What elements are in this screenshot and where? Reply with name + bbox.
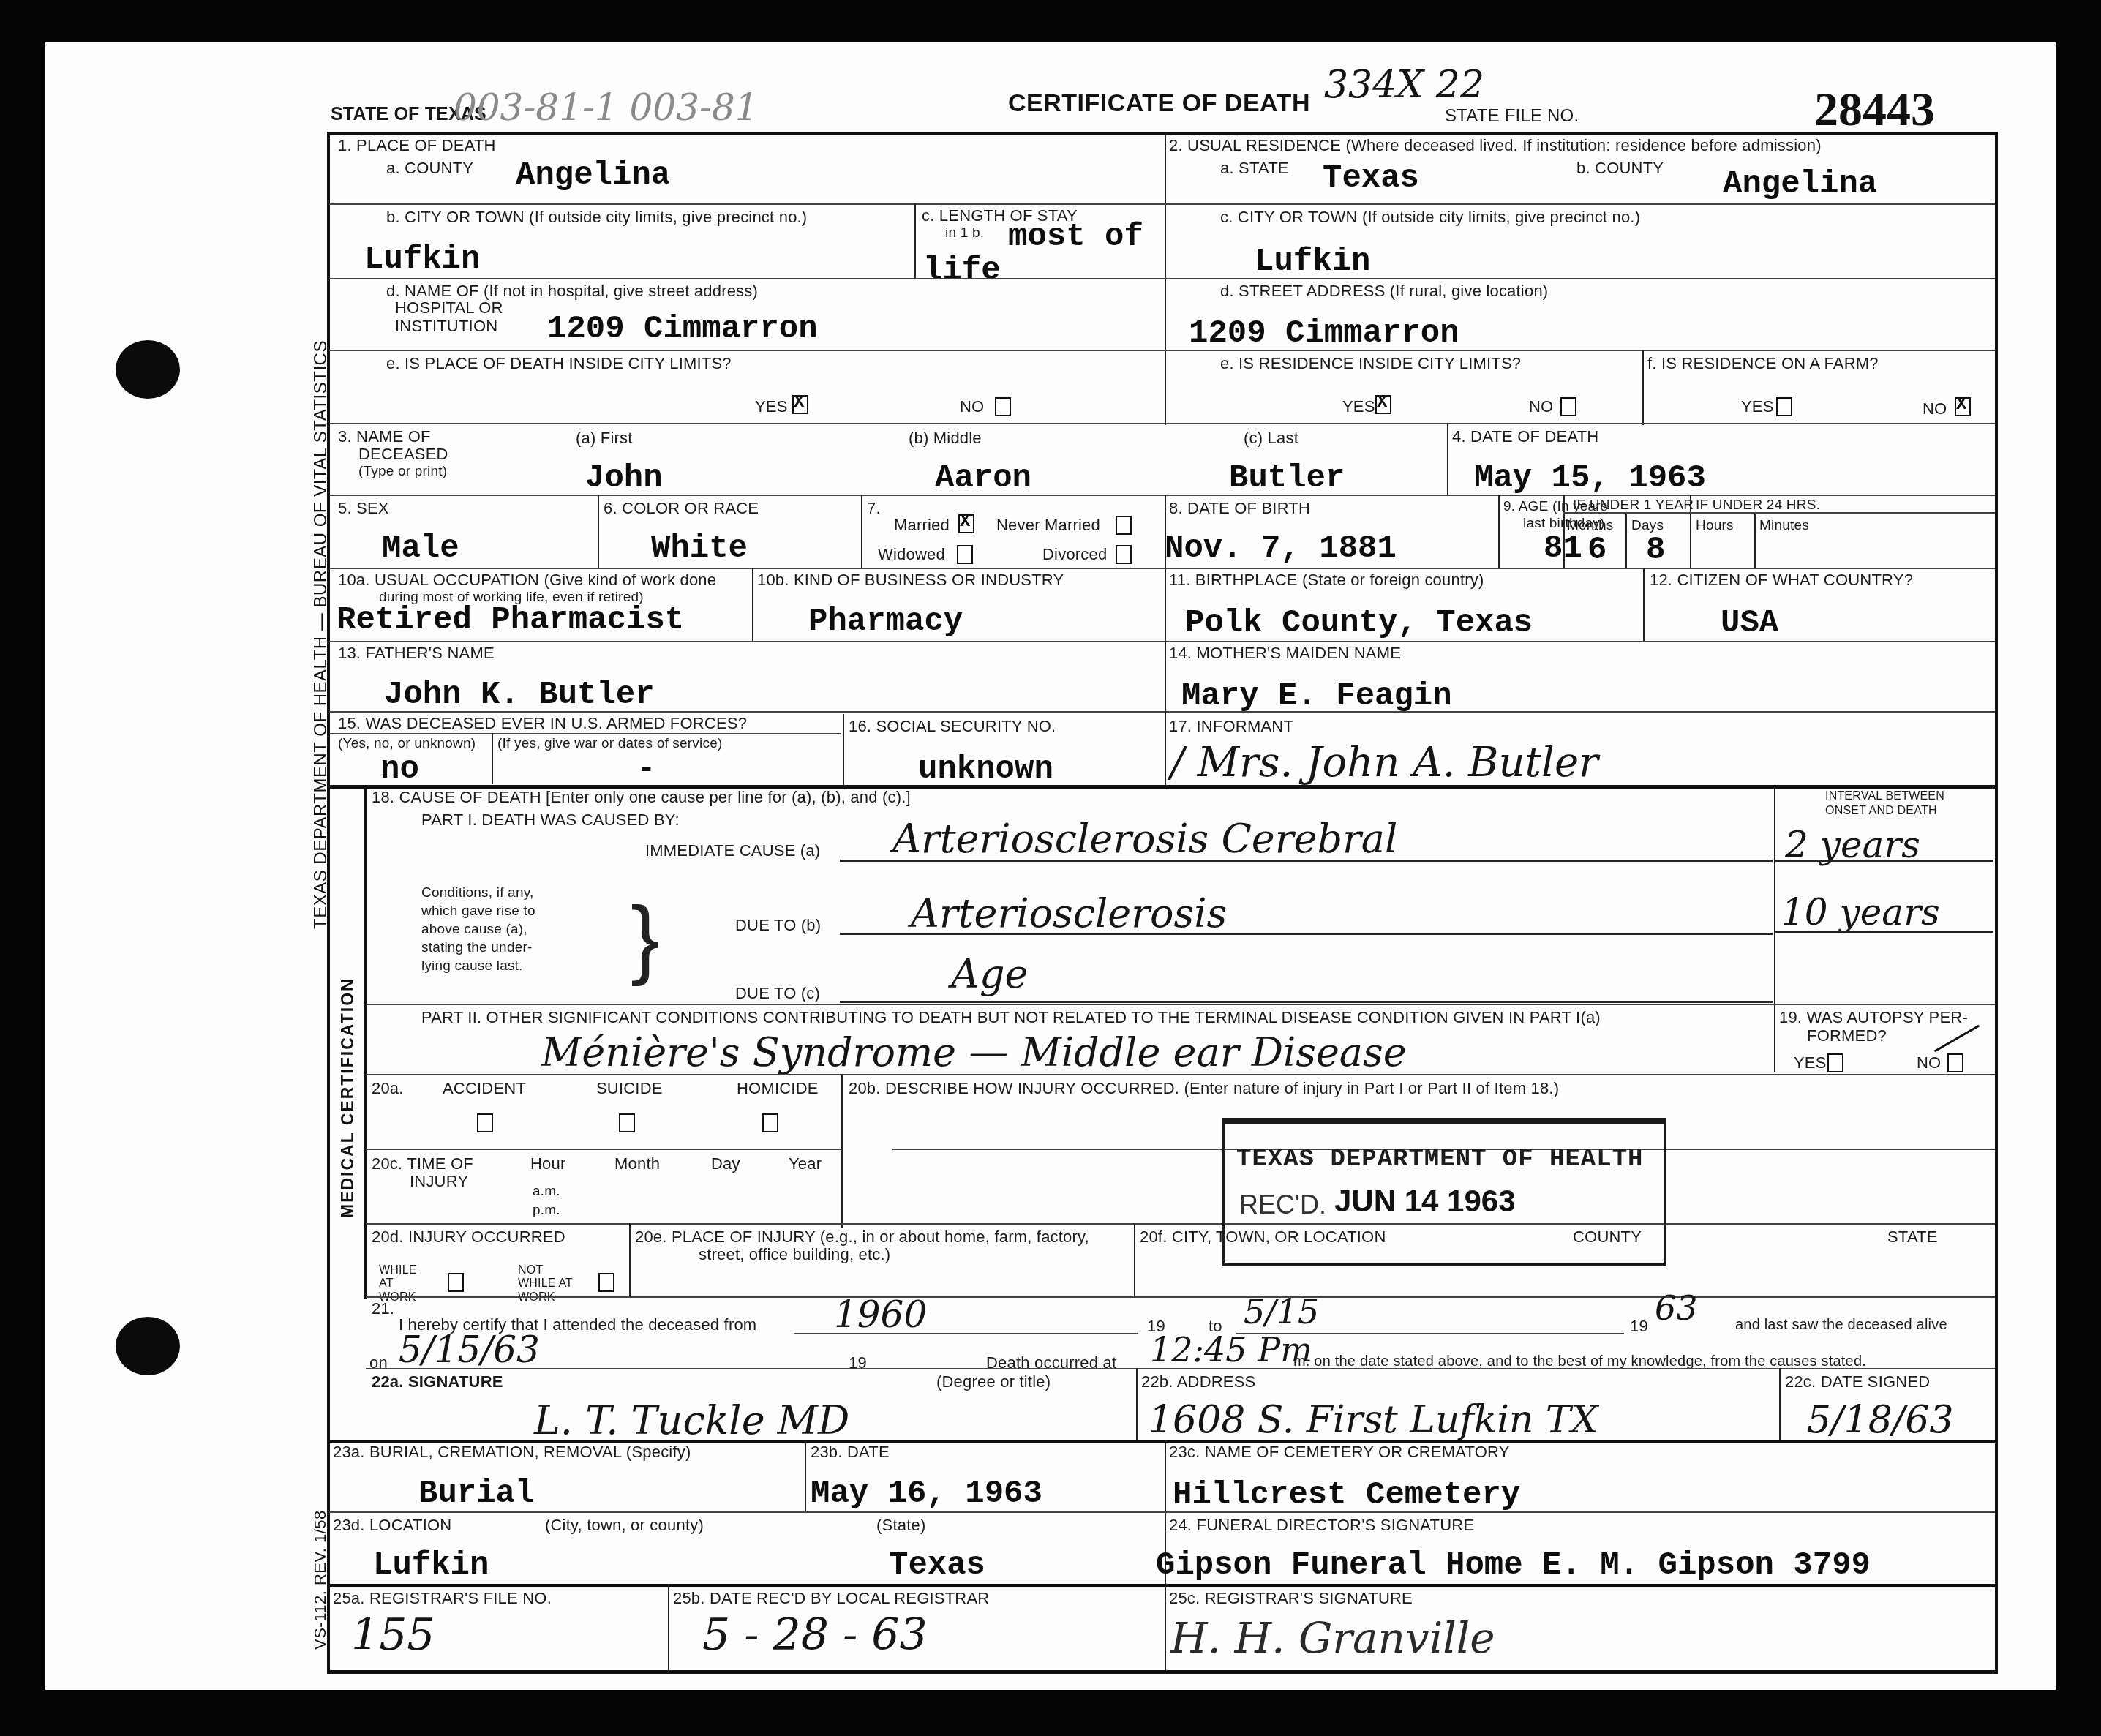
informant-signature: / Mrs. John A. Butler [1170,743,1598,784]
pod-city-value: Lufkin [364,244,480,276]
divider [1690,495,1691,568]
res-county-value: Angelina [1723,168,1877,200]
minutes-label: Minutes [1759,518,1809,534]
citizen-label: 12. CITIZEN OF WHAT COUNTRY? [1650,571,1913,589]
autopsy-yes-label: YES [1794,1053,1827,1072]
attended-to-year: 63 [1655,1291,1698,1325]
res-inside-limits-label: e. IS RESIDENCE INSIDE CITY LIMITS? [1220,354,1521,372]
accident-checkbox[interactable] [477,1113,493,1132]
res-inside-yes-checkbox[interactable] [1375,395,1391,414]
marital-never-checkbox[interactable] [1116,516,1132,535]
divider [752,568,753,641]
autopsy-label-1: 19. WAS AUTOPSY PER- [1779,1008,1968,1026]
conditions-brace: } [631,894,660,982]
row-rule [329,423,1995,424]
citizen-value: USA [1721,607,1778,639]
armed-sub-label-1: (Yes, no, or unknown) [338,736,476,752]
divider [492,733,493,784]
registrar-file-label: 25a. REGISTRAR'S FILE NO. [333,1589,552,1607]
armed-forces-value: no [380,754,419,786]
row-rule [366,1296,1995,1298]
informant-label: 17. INFORMANT [1169,717,1293,735]
res-farm-label: f. IS RESIDENCE ON A FARM? [1647,354,1879,372]
divider [668,1584,669,1670]
funeral-director-label: 24. FUNERAL DIRECTOR'S SIGNATURE [1169,1516,1474,1534]
row-rule [366,1223,1995,1225]
divider [1165,568,1166,641]
divider [1779,1368,1781,1441]
autopsy-no-checkbox[interactable] [1947,1053,1963,1072]
divider [1642,350,1644,425]
row-rule [366,1004,1995,1005]
margin-medical-certification: MEDICAL CERTIFICATION [338,977,358,1218]
name-label-2: DECEASED [358,445,448,463]
divider [629,1223,631,1296]
res-street-label: d. STREET ADDRESS (If rural, give locati… [1220,282,1548,300]
signature-label: 22a. SIGNATURE [372,1372,503,1391]
divider [1754,512,1756,568]
cert-item-label: 21. [372,1299,394,1318]
divider [1625,512,1627,568]
time-of-injury-label-1: 20c. TIME OF [372,1154,473,1173]
res-inside-no-label: NO [1529,397,1553,416]
length-of-stay-value-1: most of [1008,221,1143,253]
not-at-work-label: NOT WHILE AT WORK [518,1264,578,1304]
place-of-injury-label-2: street, office building, etc.) [699,1245,890,1263]
pod-inside-no-label: NO [960,397,984,416]
father-label: 13. FATHER'S NAME [338,644,495,662]
days-value: 8 [1646,534,1665,566]
disposition-date-value: May 16, 1963 [811,1478,1042,1510]
res-inside-yes-label: YES [1342,397,1375,416]
state-file-number: 28443 [1814,82,1935,138]
cause-of-death-label: 18. CAUSE OF DEATH [Enter only one cause… [372,788,911,806]
sub-rule [1563,512,1995,514]
due-to-b-value: Arteriosclerosis [911,894,1227,933]
last-seen-value: 5/15/63 [399,1331,540,1368]
injury-state-label: STATE [1887,1228,1938,1246]
marital-married-label: Married [894,516,950,534]
place-of-injury-label-1: 20e. PLACE OF INJURY (e.g., in or about … [635,1228,1089,1246]
pod-inside-yes-label: YES [755,397,788,416]
res-county-label: b. COUNTY [1576,159,1664,177]
row-rule [366,1149,841,1150]
autopsy-yes-checkbox[interactable] [1827,1053,1843,1072]
cause-a-rule [840,860,1773,862]
year-label: Year [789,1154,822,1173]
part2-value: Ménière's Syndrome — Middle ear Disease [541,1033,1407,1072]
divider [841,1074,843,1228]
attended-from-value: 1960 [834,1296,927,1333]
suicide-label: SUICIDE [596,1079,663,1097]
cert-text-2: and last saw the deceased alive [1735,1317,1947,1334]
date-signed-value: 5/18/63 [1807,1401,1953,1439]
race-label: 6. COLOR OR RACE [604,499,759,517]
birthplace-label: 11. BIRTHPLACE (State or foreign country… [1169,571,1484,589]
res-farm-no-label: NO [1923,399,1947,418]
physician-address-value: 1608 S. First Lufkin TX [1149,1401,1598,1439]
section-rule [329,1584,1995,1587]
divider [1498,495,1500,568]
last-name-label: (c) Last [1244,429,1298,447]
pod-inside-yes-checkbox[interactable] [792,395,808,414]
time-of-injury-label-2: INJURY [410,1172,468,1190]
length-of-stay-sub: in 1 b. [945,225,984,241]
last-name-value: Butler [1229,462,1345,495]
armed-sub-label-2: (If yes, give war or dates of service) [497,736,722,752]
pod-inside-no-checkbox[interactable] [995,397,1011,416]
registrar-date-value: 5 - 28 - 63 [702,1613,928,1657]
under-year-label: IF UNDER 1 YEAR [1573,497,1694,514]
document-title: CERTIFICATE OF DEATH [1008,89,1310,118]
res-city-value: Lufkin [1255,246,1370,278]
row-rule [329,568,1995,569]
under-day-label: IF UNDER 24 HRS. [1696,497,1820,514]
location-state-value: Texas [889,1549,985,1582]
while-at-work-checkbox[interactable] [448,1273,464,1292]
name-label-1: 3. NAME OF [338,427,431,446]
month-label: Month [614,1154,660,1173]
received-stamp: TEXAS DEPARTMENT OF HEALTH REC'D. JUN 14… [1222,1118,1666,1266]
divider [914,203,916,278]
due-to-c-label: DUE TO (c) [735,984,820,1002]
location-city-label: (City, town, or county) [545,1516,704,1534]
due-to-c-value: Age [951,955,1029,994]
day-label: Day [711,1154,740,1173]
interval-b-rule [1774,931,1993,933]
hospital-label-2: HOSPITAL OR [395,298,503,317]
divider [1136,1368,1138,1441]
am-label: a.m. [533,1184,560,1200]
injury-type-label: 20a. [372,1079,404,1097]
autopsy-no-label: NO [1917,1053,1941,1072]
cause-b-rule [840,933,1773,935]
dob-value: Nov. 7, 1881 [1165,533,1397,565]
occupation-label-1: 10a. USUAL OCCUPATION (Give kind of work… [338,571,716,589]
divider [1134,1223,1135,1296]
row-rule [329,495,1995,496]
registrar-signature-label: 25c. REGISTRAR'S SIGNATURE [1169,1589,1413,1607]
industry-label: 10b. KIND OF BUSINESS OR INDUSTRY [757,571,1064,589]
state-file-no-label: STATE FILE NO. [1445,106,1579,127]
conditions-note-2: which gave rise to [421,903,535,920]
hospital-label-3: INSTITUTION [395,317,497,335]
hour-label: Hour [530,1154,566,1173]
res-state-value: Texas [1323,162,1419,195]
conditions-note-4: stating the under- [421,940,532,956]
autopsy-label-2: FORMED? [1807,1026,1887,1045]
conditions-note-3: above cause (a), [421,922,527,938]
pod-city-label: b. CITY OR TOWN (If outside city limits,… [386,208,807,226]
cemetery-label: 23c. NAME OF CEMETERY OR CREMATORY [1169,1443,1510,1461]
divider [1563,495,1565,568]
pod-county-value: Angelina [516,159,670,192]
mother-label: 14. MOTHER'S MAIDEN NAME [1169,644,1401,662]
res-farm-yes-checkbox[interactable] [1776,397,1792,416]
funeral-director-value: Gipson Funeral Home E. M. Gipson 3799 [1156,1549,1871,1582]
middle-name-value: Aaron [935,462,1031,495]
cause-c-rule [840,1001,1773,1003]
hours-label: Hours [1696,518,1734,534]
divider [1165,641,1166,714]
res-farm-yes-label: YES [1741,397,1774,416]
conditions-note-1: Conditions, if any, [421,885,533,901]
res-inside-no-checkbox[interactable] [1560,397,1576,416]
first-name-label: (a) First [576,429,633,447]
medical-left-border [364,786,367,1299]
immediate-cause-label: IMMEDIATE CAUSE (a) [645,841,820,860]
handwritten-codes: 003-81-1 003-81 [454,89,759,126]
row-rule [329,1511,1995,1513]
sex-value: Male [382,533,459,565]
physician-address-label: 22b. ADDRESS [1141,1372,1255,1391]
interval-b-value: 10 years [1781,894,1940,931]
length-of-stay-value-2: life [923,255,1001,287]
pm-label: p.m. [533,1203,560,1219]
disposition-date-label: 23b. DATE [811,1443,890,1461]
row-rule [329,641,1995,642]
res-city-label: c. CITY OR TOWN (If outside city limits,… [1220,208,1640,226]
stamp-line-1: TEXAS DEPARTMENT OF HEALTH [1236,1146,1644,1173]
res-farm-no-checkbox[interactable] [1955,397,1971,416]
date-of-death-label: 4. DATE OF DEATH [1452,427,1598,446]
marital-label: 7. [867,499,881,517]
marital-divorced-label: Divorced [1042,545,1107,563]
registrar-signature: H. H. Granville [1170,1617,1495,1659]
not-at-work-checkbox[interactable] [598,1273,614,1292]
punch-hole-bottom [116,1317,180,1375]
physician-signature: L. T. Tuckle MD [534,1401,849,1440]
divider [1165,711,1166,787]
divider [1643,568,1645,641]
first-name-value: John [585,462,663,495]
injury-occurred-label: 20d. INJURY OCCURRED [372,1228,565,1246]
row-rule [366,1074,1995,1075]
row-rule [329,203,1995,205]
registrar-date-label: 25b. DATE REC'D BY LOCAL REGISTRAR [673,1589,989,1607]
father-value: John K. Butler [384,679,655,711]
interval-label-1: INTERVAL BETWEEN [1825,790,1944,803]
armed-service-value: - [636,754,655,786]
divider [1447,423,1448,496]
dob-label: 8. DATE OF BIRTH [1169,499,1310,517]
describe-injury-label: 20b. DESCRIBE HOW INJURY OCCURRED. (Ente… [849,1079,1559,1097]
row-rule [329,711,1995,713]
part2-label: PART II. OTHER SIGNIFICANT CONDITIONS CO… [421,1008,1601,1026]
months-value: 6 [1587,534,1606,566]
conditions-note-5: lying cause last. [421,958,523,974]
hospital-value: 1209 Cimmarron [547,313,818,345]
interval-label-2: ONSET AND DEATH [1825,805,1937,818]
divider [805,1440,806,1512]
due-to-b-label: DUE TO (b) [735,916,821,934]
stamp-line-2-prefix: REC'D. [1239,1190,1326,1220]
nineteen-label-2: 19 [1630,1317,1648,1335]
handwritten-file-code: 334X 22 [1324,66,1484,104]
interval-a-value: 2 years [1785,827,1920,863]
sub-rule [329,733,841,734]
row-rule [329,278,1995,279]
pod-inside-limits-label: e. IS PLACE OF DEATH INSIDE CITY LIMITS? [386,354,732,372]
industry-value: Pharmacy [808,606,963,638]
mother-value: Mary E. Feagin [1181,680,1452,713]
location-label: 23d. LOCATION [333,1516,451,1534]
part1-label: PART I. DEATH WAS CAUSED BY: [421,811,680,829]
right-border [1995,132,1998,1672]
degree-label: (Degree or title) [936,1372,1050,1391]
location-city-value: Lufkin [373,1549,489,1582]
location-state-label: (State) [876,1516,925,1534]
pod-county-label: a. COUNTY [386,159,473,177]
divider [598,495,599,568]
race-value: White [651,533,748,565]
bottom-rule [327,1670,1998,1674]
res-street-value: 1209 Cimmarron [1189,317,1459,350]
punch-hole-top [116,340,180,399]
date-signed-label: 22c. DATE SIGNED [1785,1372,1930,1391]
birthplace-value: Polk County, Texas [1185,607,1533,639]
accident-label: ACCIDENT [443,1079,526,1097]
cemetery-value: Hillcrest Cemetery [1173,1479,1520,1511]
sex-label: 5. SEX [338,499,389,517]
disposition-method-value: Burial [418,1478,534,1510]
disposition-method-label: 23a. BURIAL, CREMATION, REMOVAL (Specify… [333,1443,691,1461]
place-of-death-label: 1. PLACE OF DEATH [338,136,496,154]
immediate-cause-value: Arteriosclerosis Cerebral [892,819,1397,859]
top-rule [327,132,1997,135]
middle-name-label: (b) Middle [909,429,982,447]
while-at-work-label: WHILE AT WORK [379,1264,430,1304]
usual-residence-label: 2. USUAL RESIDENCE (Where deceased lived… [1169,136,1822,154]
marital-married-checkbox[interactable] [958,514,974,533]
marital-widowed-checkbox[interactable] [957,545,973,564]
occupation-value: Retired Pharmacist [337,604,684,636]
row-rule [366,1368,1995,1369]
interval-divider [1774,786,1775,1072]
ssn-label: 16. SOCIAL SECURITY NO. [849,717,1056,735]
name-label-3: (Type or print) [358,464,447,480]
armed-forces-label: 15. WAS DECEASED EVER IN U.S. ARMED FORC… [338,714,747,732]
divider [843,714,844,787]
stamp-received-date: JUN 14 1963 [1334,1184,1516,1219]
death-time-value: 12:45 Pm [1150,1333,1312,1367]
ssn-value: unknown [918,754,1053,786]
divider [861,495,862,568]
marital-never-label: Never Married [996,516,1100,534]
homicide-label: HOMICIDE [737,1079,819,1097]
registrar-file-value: 155 [351,1613,435,1657]
homicide-checkbox[interactable] [762,1113,778,1132]
suicide-checkbox[interactable] [619,1113,635,1132]
hospital-label-1: d. NAME OF (If not in hospital, give str… [386,282,758,300]
marital-divorced-checkbox[interactable] [1116,545,1132,564]
marital-widowed-label: Widowed [878,545,945,563]
res-state-label: a. STATE [1220,159,1289,177]
divider [1165,134,1166,425]
date-of-death-value: May 15, 1963 [1474,462,1706,495]
attended-to-value: 5/15 [1244,1295,1319,1329]
interval-a-rule [1774,860,1993,862]
row-rule [329,350,1995,351]
